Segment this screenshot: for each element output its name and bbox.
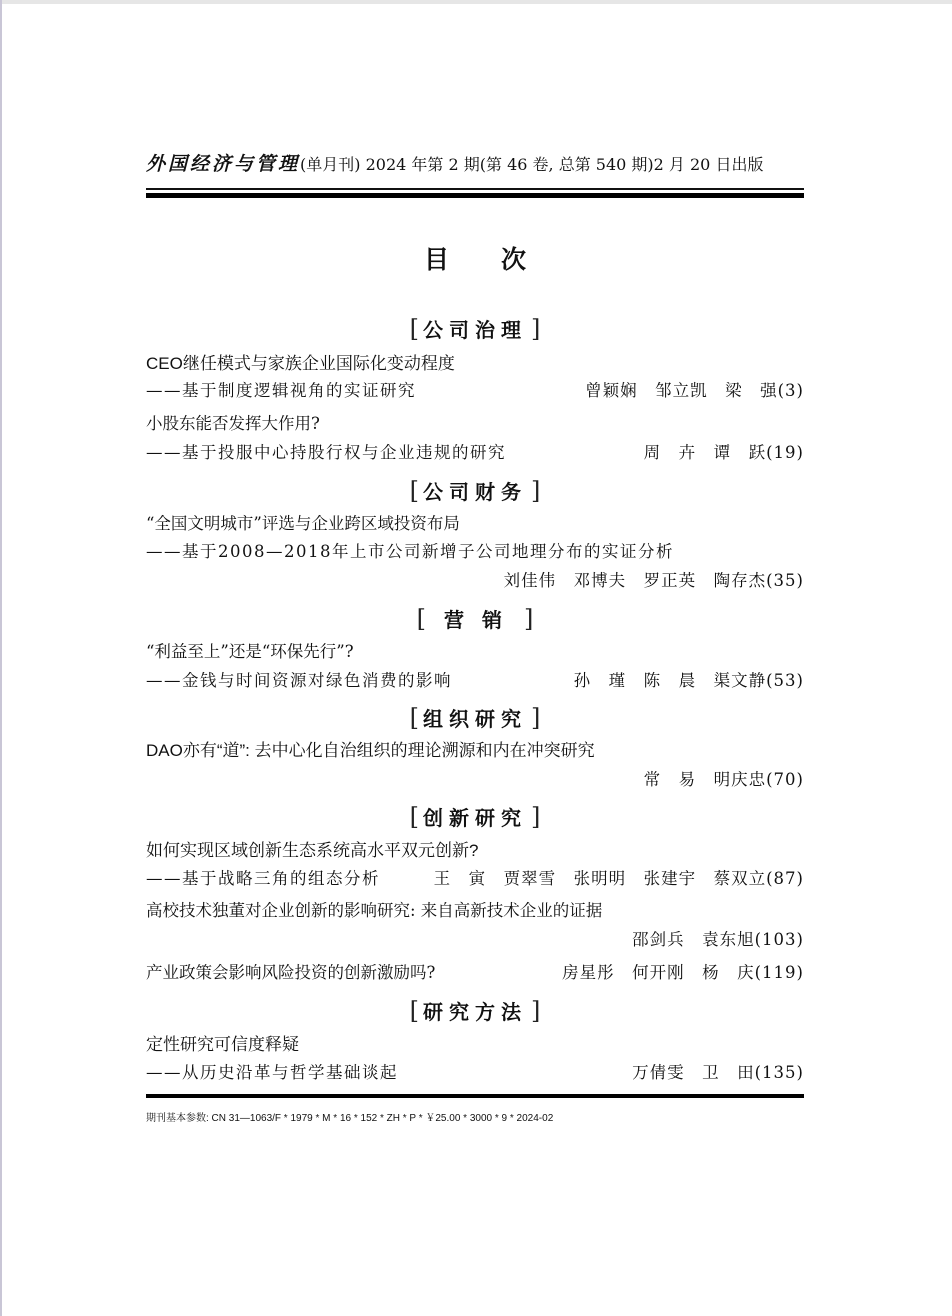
journal-name: 外国经济与管理 — [146, 153, 300, 175]
section-heading: [营销] — [146, 606, 804, 633]
section-heading: [组织研究] — [146, 705, 804, 732]
section-heading: [公司财务] — [146, 478, 804, 505]
article-authors: 刘佳伟 邓博夫 罗正英 陶存杰(35) — [504, 570, 804, 592]
page-title: 目次 — [146, 240, 804, 276]
article-title[interactable]: 高校技术独董对企业创新的影响研究: 来自高新技术企业的证据 — [146, 900, 804, 922]
section-heading: [公司治理] — [146, 316, 804, 343]
masthead: 外国经济与管理(单月刊) 2024 年第 2 期(第 46 卷, 总第 540 … — [146, 153, 806, 176]
journal-parameters: 期刊基本参数: CN 31—1063/F * 1979 * M * 16 * 1… — [146, 1109, 553, 1124]
article-authors: 曾颖娴 邹立凯 梁 强(3) — [585, 380, 804, 402]
window-left-edge — [0, 0, 2, 1316]
window-top-edge — [0, 0, 952, 4]
article-authors: 万倩雯 卫 田(135) — [632, 1062, 804, 1084]
section-heading: [创新研究] — [146, 804, 804, 831]
article-subtitle-row: ——基于投服中心持股行权与企业违规的研究 周 卉 谭 跃(19) — [146, 442, 804, 464]
article-authors: 王 寅 贾翠雪 张明明 张建宇 蔡双立(87) — [434, 868, 804, 890]
article-row: 产业政策会影响风险投资的创新激励吗? 房星彤 何开刚 杨 庆(119) — [146, 962, 804, 984]
section-heading: [研究方法] — [146, 998, 804, 1025]
article-title[interactable]: “利益至上”还是“环保先行”? — [146, 641, 804, 663]
header-rule-thick — [146, 193, 804, 198]
article-subtitle-row: ——基于2008—2018年上市公司新增子公司地理分布的实证分析 — [146, 541, 804, 563]
article-authors: 房星彤 何开刚 杨 庆(119) — [562, 962, 804, 984]
article-subtitle-row: ——基于制度逻辑视角的实证研究 曾颖娴 邹立凯 梁 强(3) — [146, 380, 804, 402]
article-authors: 孙 瑾 陈 晨 渠文静(53) — [574, 670, 804, 692]
article-title[interactable]: 如何实现区域创新生态系统高水平双元创新? — [146, 840, 804, 862]
article-title[interactable]: CEO继任模式与家族企业国际化变动程度 — [146, 353, 804, 375]
footer-rule — [146, 1094, 804, 1098]
article-title[interactable]: 小股东能否发挥大作用? — [146, 413, 804, 435]
article-title[interactable]: DAO亦有“道”: 去中心化自治组织的理论溯源和内在冲突研究 — [146, 740, 804, 762]
article-subtitle-row: ——基于战略三角的组态分析 王 寅 贾翠雪 张明明 张建宇 蔡双立(87) — [146, 868, 804, 890]
article-subtitle-row: ——从历史沿革与哲学基础谈起 万倩雯 卫 田(135) — [146, 1062, 804, 1084]
article-title[interactable]: 定性研究可信度释疑 — [146, 1034, 804, 1056]
article-authors: 常 易 明庆忠(70) — [644, 769, 804, 791]
article-authors: 周 卉 谭 跃(19) — [644, 442, 804, 464]
article-authors: 邵剑兵 袁东旭(103) — [632, 929, 804, 951]
article-subtitle-row: ——金钱与时间资源对绿色消费的影响 孙 瑾 陈 晨 渠文静(53) — [146, 670, 804, 692]
article-title[interactable]: “全国文明城市”评选与企业跨区域投资布局 — [146, 513, 804, 535]
article-title[interactable]: 产业政策会影响风险投资的创新激励吗? — [146, 963, 435, 982]
header-rule-thin — [146, 188, 804, 190]
issue-info: (单月刊) 2024 年第 2 期(第 46 卷, 总第 540 期)2 月 2… — [300, 155, 763, 174]
